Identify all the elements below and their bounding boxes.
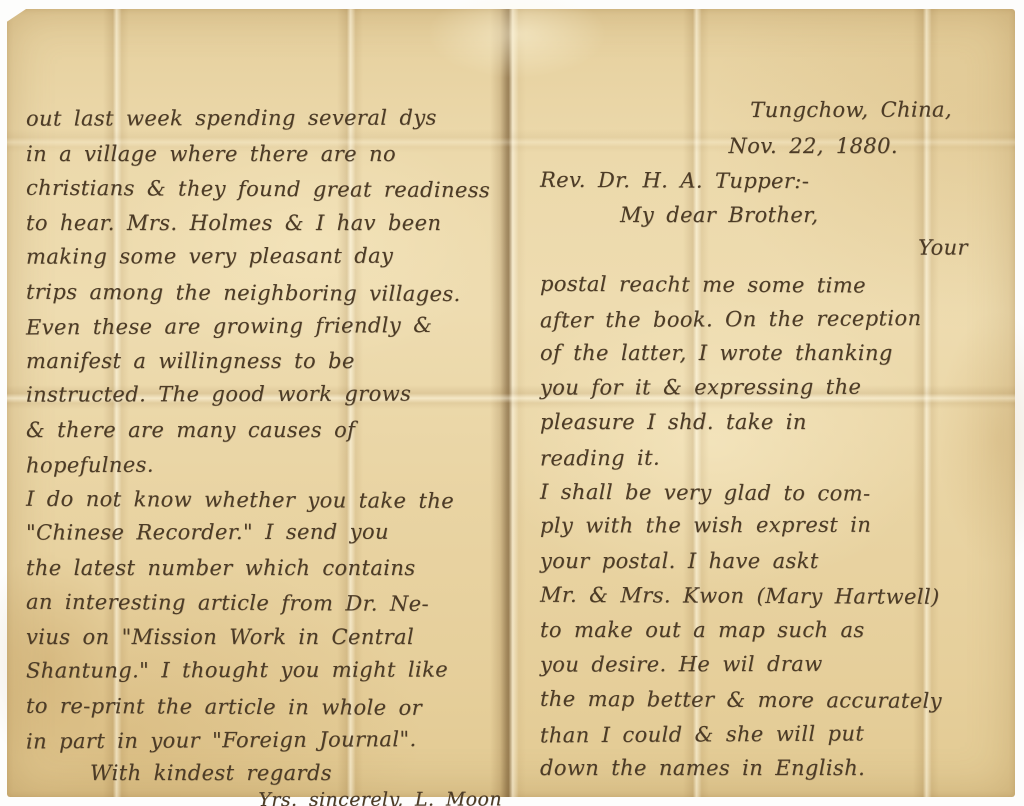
paper-corner-notch [5, 7, 29, 23]
letter-line: manifest a willingness to be [26, 344, 504, 379]
letter-line: vius on "Mission Work in Central [26, 620, 504, 655]
letter-line: christians & they found great readiness [26, 171, 504, 208]
letter-line: to make out a map such as [540, 613, 1008, 648]
place-line: Tungchow, China, [540, 92, 1008, 128]
letter-line: an interesting article from Dr. Ne- [26, 585, 504, 622]
letter-line: your postal. I have askt [540, 544, 1008, 579]
closing-line: With kindest regards [26, 758, 504, 788]
letter-line: in part in your "Foreign Journal". [26, 722, 504, 759]
opening-word: Your [540, 231, 1008, 267]
letter-line: down the names in English. [540, 751, 1008, 786]
letter-line: out last week spending several dys [26, 100, 504, 136]
letter-line: postal reacht me some time [540, 267, 1008, 304]
signature-line: Yrs. sincerely, L. Moon [26, 786, 504, 806]
letter-line: in a village where there are no [26, 137, 504, 172]
letter-line: to hear. Mrs. Holmes & I hav been [26, 206, 504, 241]
letter-scan: out last week spending several dys in a … [0, 0, 1024, 806]
letter-line: ply with the wish exprest in [540, 508, 1008, 544]
letter-line: you for it & expressing the [540, 369, 1008, 405]
right-page: Tungchow, China, Nov. 22, 1880. Rev. Dr.… [540, 94, 1008, 786]
salutation-line: Rev. Dr. H. A. Tupper:- [540, 163, 1008, 200]
letter-line: Mr. & Mrs. Kwon (Mary Hartwell) [540, 578, 1008, 615]
letter-line: after the book. On the reception [540, 300, 1008, 337]
date-line: Nov. 22, 1880. [540, 129, 1008, 164]
letter-line: "Chinese Recorder." I send you [26, 514, 504, 550]
letter-line: I shall be very glad to com- [540, 474, 1008, 511]
letter-line: trips among the neighboring villages. [26, 274, 504, 311]
letter-line: the latest number which contains [26, 551, 504, 586]
letter-line: to re-print the article in whole or [26, 688, 504, 725]
letter-line: instructed. The good work grows [26, 376, 504, 412]
letter-line: you desire. He wil draw [540, 646, 1008, 682]
letter-line: reading it. [540, 439, 1008, 476]
greeting-line: My dear Brother, [540, 198, 1008, 233]
letter-line: than I could & she will put [540, 715, 1008, 752]
letter-line: I do not know whether you take the [26, 481, 504, 518]
letter-line: making some very pleasant day [26, 238, 504, 274]
letter-line: Shantung." I thought you might like [26, 652, 504, 688]
letter-line: of the latter, I wrote thanking [540, 336, 1008, 371]
left-page: out last week spending several dys in a … [26, 102, 504, 806]
letter-line: Even these are growing friendly & [26, 308, 504, 345]
letter-line: & there are many causes of [26, 413, 504, 448]
letter-line: the map better & more accurately [540, 682, 1008, 719]
letter-line: pleasure I shd. take in [540, 405, 1008, 440]
letter-line: hopefulnes. [26, 446, 504, 483]
